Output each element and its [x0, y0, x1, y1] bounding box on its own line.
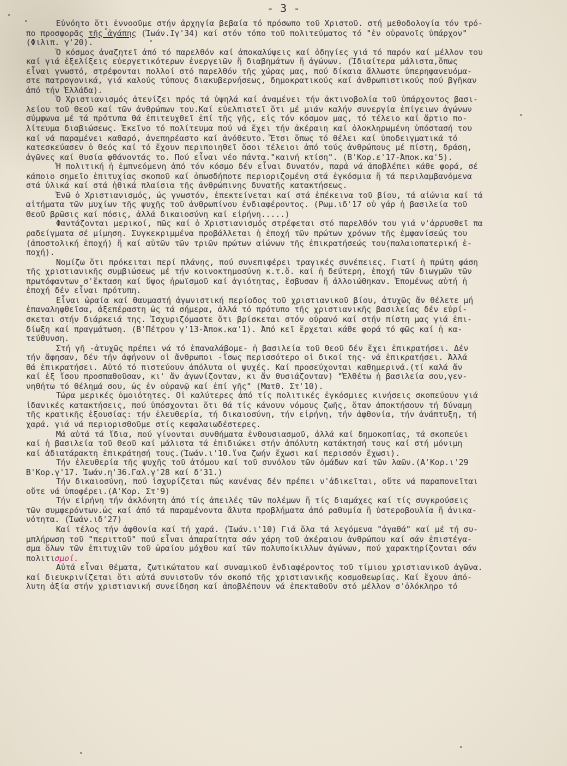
paper-speck	[460, 746, 462, 748]
text-line: (Φιλιπ. γ'20).	[26, 38, 546, 48]
paragraph: Τήν εἰρήνη τήν ἀκλόνητη ἀπό τίς ἀπειλές …	[26, 496, 546, 525]
text-line: στά ὑλικά καί στά ἠθικά πλαίσια τῆς ἀνθρ…	[26, 181, 546, 191]
text-line: καί ἀδιατάρακτη ἐπικράτησή τους.(Ἰωάν.ι'…	[26, 449, 546, 459]
text-line: καί διευκρινίζεται ὅτι αὐτά συνιστοῦν τό…	[26, 573, 546, 583]
text-line: πολιτισμοί.	[26, 554, 546, 564]
text-line: Ὁ κόσμος ἀναζητεῖ ἀπό τό παρελθόν καί ἀπ…	[26, 48, 546, 58]
paragraph: Μά αὐτά τά ἴδια, πού γίνονται συνθήματα …	[26, 430, 546, 459]
paragraph: Αὐτά εἶναι θέματα, ζωτικώτατου καί συναμ…	[26, 563, 546, 592]
paragraph: Τήν ἐλευθερία τῆς ψυχῆς τοῦ ἀτόμου καί τ…	[26, 458, 546, 477]
text-line: σκεται στήν διάρκειά της. Ἰσχυριζόμαστε …	[26, 315, 546, 325]
paragraph: Στή γῆ -ἀτυχῶς πρέπει νά τό ἐπαναλάβομε-…	[26, 344, 546, 392]
text-line: Β'Κορ.γ'17. Ἰωάν.η'36.Γαλ.γ'28 καί δ'31.…	[26, 468, 546, 478]
text-line: αἰτήματα τῶν μυχίων τῆς ψυχῆς τοῦ ἀνθρωπ…	[26, 200, 546, 210]
text-line: Εὐνόητο ὅτι ἐννοοῦμε στήν ἀρχηγία βεβαία…	[26, 19, 546, 29]
text-line: Τώρα μερικές ὁμοιότητες. Οἱ καλύτερες ἀπ…	[26, 391, 546, 401]
text-line: ραδείγματα σέ μίμηση. Συγκεκριμμένα προβ…	[26, 229, 546, 239]
text-line: πρωτόφαντων σ'ἔκταση καί ὕψος ἡρωϊσμοῦ κ…	[26, 277, 546, 287]
text-line: Ὁ Χριστιανισμός ἀτενίζει πρός τά ὑψηλά κ…	[26, 95, 546, 105]
text-line: εἶναι γνωστό, στρέφονται πολλοί στό παρε…	[26, 67, 546, 77]
text-line: κατεσκεύασεν ὁ Θεός καί τό ἔχουν περιποι…	[26, 143, 546, 153]
paragraph: Ἡ πολιτική ἡ ἐμπνεόμενη ἀπό τόν κόσμο δέ…	[26, 162, 546, 191]
paragraph: Ἐνῶ ὁ Χριστιανισμός, ὡς γνωστόν, ἐπεκτεί…	[26, 191, 546, 220]
document-body: Εὐνόητο ὅτι ἐννοοῦμε στήν ἀρχηγία βεβαία…	[26, 19, 546, 592]
paragraph: Εἶναι ὡραία καί θαυμαστή ἀγωνιστική περί…	[26, 296, 546, 344]
page-number: - 3 -	[0, 2, 567, 15]
text-line: τήν ἄφησαν, δέν τήν ἀφήνουν οἱ ἄνθρωποι …	[26, 353, 546, 363]
text-line: νότητα. (Ἰωάν.ιδ'27)	[26, 515, 546, 525]
text-line: νηθήτω τό θέλημά σου, ὡς ἐν οὐρανῷ καί ἐ…	[26, 382, 546, 392]
underlined-phrase: τῆς ἀγάπης	[88, 29, 136, 38]
paper-speck	[520, 114, 522, 116]
text-line: σύμφωνα μέ τά πρότυπα θά ἐπιτευχθεῖ ἐπί …	[26, 114, 546, 124]
text-line: τῆς χριστιανικῆς συμβιώσεως μέ τήν κοινο…	[26, 267, 546, 277]
text-line: καί γιά ἐξελίξεις εὐεργετικότερων ἐνεργε…	[26, 57, 546, 67]
text-line: μπλήρωση τοῦ "περιττοῦ" πού εἶναι ἀπαραί…	[26, 535, 546, 545]
text-line: Τήν ἐλευθερία τῆς ψυχῆς τοῦ ἀτόμου καί τ…	[26, 458, 546, 468]
paragraph: Ὁ κόσμος ἀναζητεῖ ἀπό τό παρελθόν καί ἀπ…	[26, 48, 546, 96]
text-line: Αὐτά εἶναι θέματα, ζωτικώτατου καί συναμ…	[26, 563, 546, 573]
text-line: ποχή).	[26, 248, 546, 258]
paragraph: Νομίζω ὅτι πρόκειται περί πλάνης, πού συ…	[26, 258, 546, 296]
text-line: ἀγῶνες καί θυσία φθάνοντάς το. Πού εἶναι…	[26, 153, 546, 163]
text-line: πο προσφορᾶς τῆς ἀγάπης (Ἰωάν.Ιγ'34) καί…	[26, 29, 546, 39]
text-line: Νομίζω ὅτι πρόκειται περί πλάνης, πού συ…	[26, 258, 546, 268]
text-line: Στή γῆ -ἀτυχῶς πρέπει νά τό ἐπαναλάβομε-…	[26, 344, 546, 354]
text-line: (ἀποστολική ἐποχή) ἤ καί αὐτῶν τῶν τριῶν…	[26, 239, 546, 249]
text-line: Τήν εἰρήνη τήν ἀκλόνητη ἀπό τίς ἀπειλές …	[26, 496, 546, 506]
text-line: θά ἐπικρατήσει. Αὐτό τό πιστεύουν ἀπόλυτ…	[26, 363, 546, 373]
text-line: Καί τέλος τήν ἀφθονία καί τή χαρά. (Ἰωάν…	[26, 525, 546, 535]
paragraph: Εὐνόητο ὅτι ἐννοοῦμε στήν ἀρχηγία βεβαία…	[26, 19, 546, 48]
paper-speck	[105, 28, 107, 30]
text-line: τῆς κρατικῆς ἐξουσίας: τήν ἐλευθερία, τή…	[26, 410, 546, 420]
text-line: καί ἐξ ἴσου προσπαθοῦσαν, κι' ἄν ἀγωνίζο…	[26, 372, 546, 382]
paper-speck	[80, 752, 82, 754]
text-line: ἐπαναληφθεῖσα, ἀξεπέραστη ὡς τά σήμερα, …	[26, 305, 546, 315]
text-line: στε πατρογονικά, γιά καλούς τύπους διακυ…	[26, 76, 546, 86]
text-line: καί νά παραμένει καθαρό, ἀνεπηρέαστο καί…	[26, 134, 546, 144]
paragraph: Τήν δικαιοσύνη, πού ἰσχυρίζεται πώς κανέ…	[26, 477, 546, 496]
text-line: καί ἡ βασιλεία τοῦ Θεοῦ καί μάλιστα τά ἐ…	[26, 439, 546, 449]
text-line: Εἶναι ὡραία καί θαυμαστή ἀγωνιστική περί…	[26, 296, 546, 306]
text-line: Ἡ πολιτική ἡ ἐμπνεόμενη ἀπό τόν κόσμο δέ…	[26, 162, 546, 172]
text-line: δίωξη καί πραγμάτωση. (Β'Πέτρου γ'13-Ἀπο…	[26, 325, 546, 335]
text-line: Ἐνῶ ὁ Χριστιανισμός, ὡς γνωστόν, ἐπεκτεί…	[26, 191, 546, 201]
text-line: οὔτε νά ὑποφέρει.(Α'Κορ. Στ'9)	[26, 487, 546, 497]
paper-speck	[150, 40, 152, 42]
text-line: ἀπό τήν Ἑλλάδα).	[26, 86, 546, 96]
text-line: χαρά. γιά νά περιορισθοῦμε στίς κεφαλαιω…	[26, 420, 546, 430]
text-line: Φαντάζονται μερικοί, πῶς καί ὁ Χριστιανι…	[26, 219, 546, 229]
text-line: ἐποχή δέν εἶναι πρότυπη.	[26, 286, 546, 296]
paper-speck	[25, 20, 27, 22]
handwritten-correction: σμοί.	[55, 554, 79, 563]
text-line: λυτη ἀξία στήν χριστιανική συνείδηση καί…	[26, 582, 546, 592]
text-line: Τήν δικαιοσύνη, πού ἰσχυρίζεται πώς κανέ…	[26, 477, 546, 487]
paragraph: Φαντάζονται μερικοί, πῶς καί ὁ Χριστιανι…	[26, 219, 546, 257]
text-line: σμα ὅλων τῶν ἐπιτυχιῶν τοῦ ὡραίου μόχθου…	[26, 544, 546, 554]
paragraph: Ὁ Χριστιανισμός ἀτενίζει πρός τά ὑψηλά κ…	[26, 95, 546, 162]
text-line: Μά αὐτά τά ἴδια, πού γίνονται συνθήματα …	[26, 430, 546, 440]
text-line: ἰδανικές κατακτήσεις, πού ὑπόσχονται ὅτι…	[26, 401, 546, 411]
text-line: λίτευμα διαβιώσεως. Ἐκεῖνο τό πολίτευμα …	[26, 124, 546, 134]
paper-speck	[8, 14, 10, 16]
text-line: τῶν συμφερόντων.ὡς καί ἀπό τά παραμένοντ…	[26, 506, 546, 516]
text-line: τεύθυνση.	[26, 334, 546, 344]
text-line: κάποιο σημεῖο ἐπιτυχίας σκοποῦ καί ὁπωσδ…	[26, 172, 546, 182]
paragraph: Τώρα μερικές ὁμοιότητες. Οἱ καλύτερες ἀπ…	[26, 391, 546, 429]
document-page: - 3 - Εὐνόητο ὅτι ἐννοοῦμε στήν ἀρχηγία …	[0, 0, 567, 766]
paragraph: Καί τέλος τήν ἀφθονία καί τή χαρά. (Ἰωάν…	[26, 525, 546, 563]
